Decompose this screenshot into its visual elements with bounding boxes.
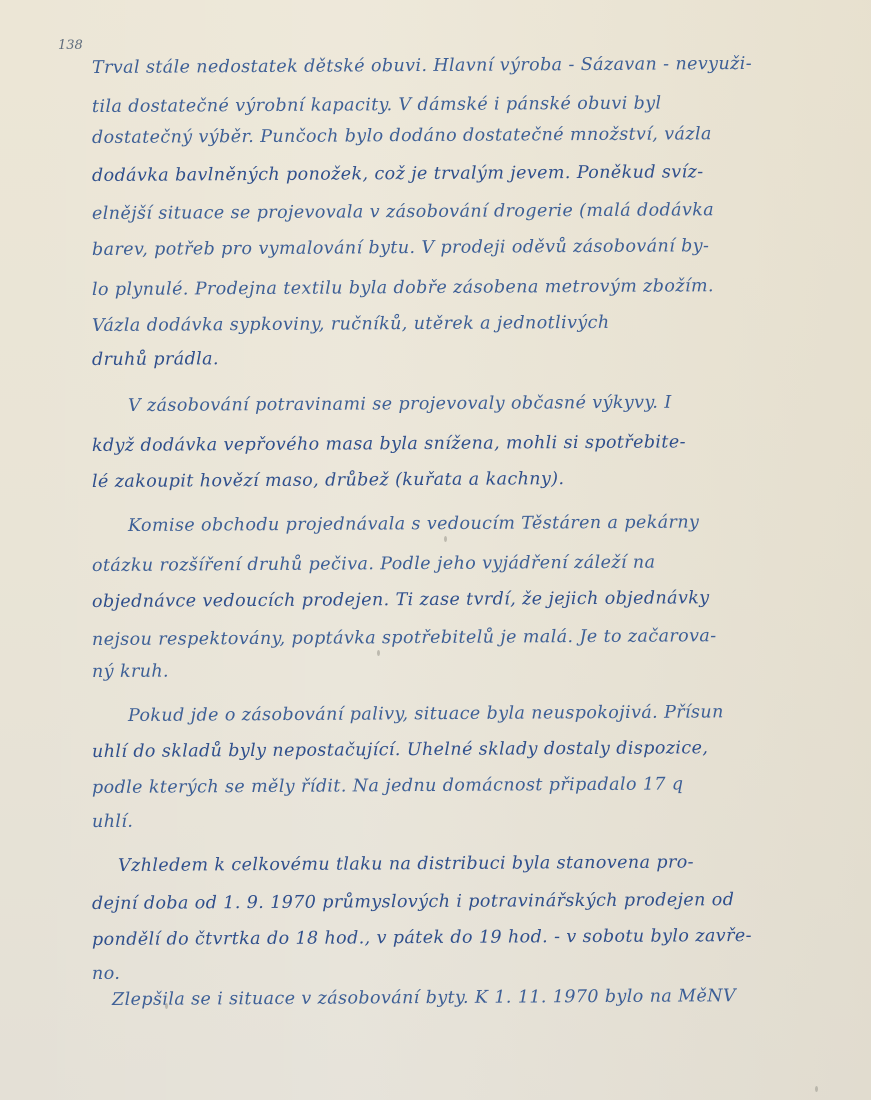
- text-line: otázku rozšíření druhů pečiva. Podle jeh…: [92, 553, 656, 576]
- text-line: V zásobování potravinami se projevovaly …: [128, 393, 672, 416]
- text-line: tila dostatečné výrobní kapacity. V dáms…: [92, 94, 662, 117]
- text-line: no.: [92, 964, 120, 984]
- text-line: Vázla dodávka sypkoviny, ručníků, utěrek…: [92, 313, 610, 336]
- text-line: uhlí.: [92, 812, 133, 832]
- text-line: Zlepšila se i situace v zásobování byty.…: [112, 986, 736, 1010]
- text-line: Pokud jde o zásobování palivy, situace b…: [128, 702, 724, 726]
- text-line: dostatečný výběr. Punčoch bylo dodáno do…: [92, 124, 712, 148]
- text-line: druhů prádla.: [92, 349, 219, 370]
- text-line: když dodávka vepřového masa byla snížena…: [92, 432, 686, 456]
- text-line: dejní doba od 1. 9. 1970 průmyslových i …: [92, 890, 734, 914]
- text-line: elnější situace se projevovala v zásobov…: [92, 200, 714, 224]
- text-line: Vzhledem k celkovému tlaku na distribuci…: [118, 852, 694, 876]
- ink-blot: [377, 650, 380, 656]
- text-line: lo plynulé. Prodejna textilu byla dobře …: [92, 276, 714, 300]
- text-line: nejsou respektovány, poptávka spotřebite…: [92, 626, 717, 650]
- text-line: Trval stále nedostatek dětské obuvi. Hla…: [92, 54, 752, 78]
- ink-blot: [165, 1003, 168, 1009]
- handwritten-page: 138 Trval stále nedostatek dětské obuvi.…: [0, 0, 871, 1100]
- page-number: 138: [58, 38, 83, 53]
- text-line: pondělí do čtvrtka do 18 hod., v pátek d…: [92, 926, 752, 950]
- text-line: objednávce vedoucích prodejen. Ti zase t…: [92, 588, 710, 612]
- text-line: Komise obchodu projednávala s vedoucím T…: [128, 513, 699, 536]
- text-line: dodávka bavlněných ponožek, což je trval…: [92, 162, 704, 186]
- text-line: uhlí do skladů byly nepostačující. Uheln…: [92, 738, 708, 762]
- ink-blot: [815, 1086, 818, 1092]
- text-line: podle kterých se měly řídit. Na jednu do…: [92, 774, 684, 798]
- text-line: ný kruh.: [92, 662, 169, 682]
- text-line: lé zakoupit hovězí maso, drůbež (kuřata …: [92, 469, 565, 492]
- text-line: barev, potřeb pro vymalování bytu. V pro…: [92, 236, 709, 260]
- ink-blot: [444, 536, 447, 542]
